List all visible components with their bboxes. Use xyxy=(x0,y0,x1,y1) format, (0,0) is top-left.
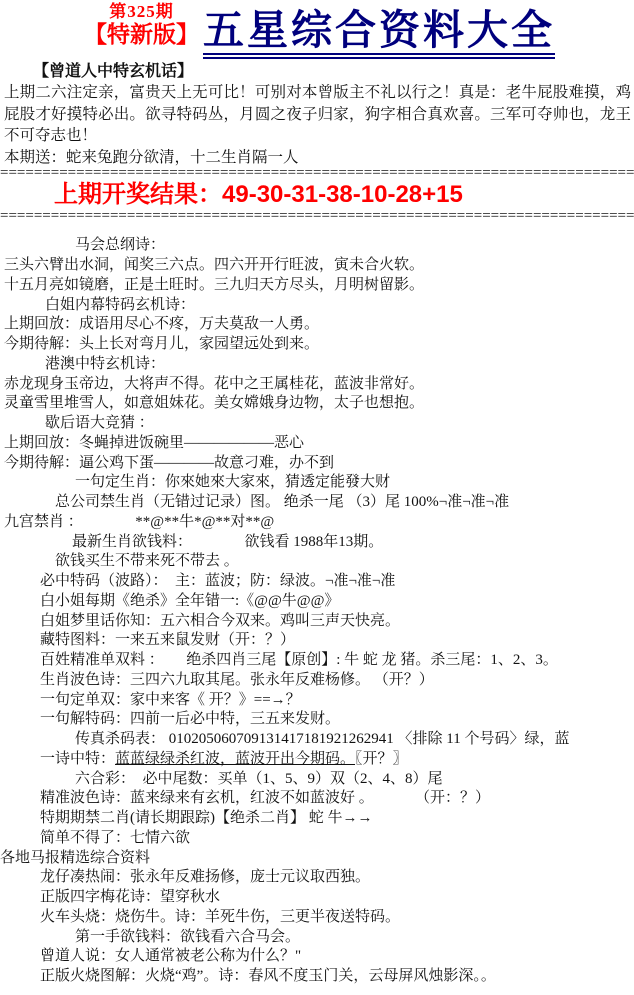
text-line: 白小姐每期《绝杀》全年错一:《@@牛@@》 xyxy=(0,592,634,612)
body-lines: 马会总纲诗：三头六臂出水洞，闻奖三六点。四六开开行旺波，寅未合火软。十五月亮如镜… xyxy=(0,222,634,987)
separator-line: ========================================… xyxy=(0,168,634,179)
issue-number: 第325期 xyxy=(84,2,199,21)
edition-badge: 【特新版】 xyxy=(84,21,199,48)
text-line: 各地马报精选综合资料 xyxy=(0,849,634,869)
text-line: 九宫禁肖 ： **@**牛*@**对**@ xyxy=(0,513,634,533)
text-line: 传真杀码表： 010205060709131417181921262941 〈排… xyxy=(0,730,634,750)
text-line: 今期待解：逼公鸡下蛋————故意刁难，办不到 xyxy=(0,454,634,474)
text-line: 十五月亮如镜磨，正是土旺时。三九归天方尽头，月明树留影。 xyxy=(0,276,634,296)
page: 第325期 【特新版】 五星综合资料大全 【曾道人中特玄机话】 上期二六注定亲，… xyxy=(0,0,634,995)
text-line: 港澳中特玄机诗： xyxy=(0,355,634,375)
text-line: 百姓精准单双料 ： 绝杀四肖三尾【原创】: 牛 蛇 龙 猪。杀三尾：1、2、3。 xyxy=(0,651,634,671)
text-line: 赤龙现身玉帝边，大将声不得。花中之王属桂花，蓝波非常好。 xyxy=(0,375,634,395)
text-line: 灵童雪里堆雪人，如意姐妹花。美女嫦娥身边物，太子也想抱。 xyxy=(0,394,634,414)
text-line: 生肖波色诗：三四六九取其尾。张永年反难杨修。 （开？） xyxy=(0,671,634,691)
text-line: 必中特码（波路）： 主：蓝波；防：绿波。¬准¬准¬准 xyxy=(0,572,634,592)
text-line: 简单不得了：七情六欲 xyxy=(0,829,634,849)
text-line: 三头六臂出水洞，闻奖三六点。四六开开行旺波，寅未合火软。 xyxy=(0,256,634,276)
text-line: 精准波色诗：蓝来绿来有玄机，红波不如蓝波好 。 （开：？） xyxy=(0,789,634,809)
text-line: 正版四字梅花诗：望穿秋水 xyxy=(0,888,634,908)
result-banner: 上期开奖结果：49-30-31-38-10-28+15 xyxy=(0,179,634,211)
text-line: 一句解特码：四前一后必中特，三五来发财。 xyxy=(0,710,634,730)
text-line: 欲钱买生不带来死不带去 。 xyxy=(0,552,634,572)
text-line: 火车头烧：烧伤牛。诗：羊死牛伤，三更半夜送特码。 xyxy=(0,908,634,928)
text-line: 今期待解：头上长对弯月儿，家园望远处到来。 xyxy=(0,335,634,355)
text-line: 最新生肖欲钱料： 欲钱看 1988年13期。 xyxy=(0,533,634,553)
result-numbers: 49-30-31-38-10-28+15 xyxy=(222,181,463,208)
edition-block: 第325期 【特新版】 xyxy=(84,2,199,48)
separator-line: ========================================… xyxy=(0,211,634,222)
text-line: 上期回放：冬蝇掉进饭碗里——————恶心 xyxy=(0,434,634,454)
text-line: 曾道人说：女人通常被老公称为什么？" xyxy=(0,947,634,967)
result-label: 上期开奖结果： xyxy=(54,182,222,208)
text-line: 藏特图料：一来五来鼠发财（开：？） xyxy=(0,631,634,651)
gift-line: 本期送：蛇来兔跑分欲清，十二生肖隔一人 xyxy=(0,147,634,169)
text-line: 一句定生肖：你來她來大家來，猜透定能發大财 xyxy=(0,473,634,493)
text-line: 六合彩： 必中尾数：买单（1、5、9）双（2、4、8）尾 xyxy=(0,770,634,790)
text-line: 上期回放：成语用尽心不疼，万夫莫敌一人勇。 xyxy=(0,315,634,335)
section-label: 【曾道人中特玄机话】 xyxy=(0,61,634,82)
text-line: 正版火烧图解：火烧“鸡”。诗：春风不度玉门关，云母屏风烛影深。。 xyxy=(0,967,634,987)
text-line: 马会总纲诗： xyxy=(0,236,634,256)
text-line: 第一手欲钱料：欲钱看六合马会。 xyxy=(0,928,634,948)
text-line: 白姐内幕特码玄机诗： xyxy=(0,296,634,316)
text-line: 龙仔凑热闹：张永年反难扬修，庞士元议取西独。 xyxy=(0,868,634,888)
title-wrap: 五星综合资料大全 xyxy=(203,8,555,59)
intro-paragraph: 上期二六注定亲，富贵天上无可比！可别对本曾版主不礼以行之！真是：老牛屁股难摸，鸡… xyxy=(0,82,634,147)
masthead: 第325期 【特新版】 五星综合资料大全 xyxy=(0,0,634,60)
text-line: 总公司禁生肖（无错过记录）图。 绝杀一尾 （3）尾 100%¬准¬准¬准 xyxy=(0,493,634,513)
text-line: 特期期禁二肖(请长期跟踪)【绝杀二肖】 蛇 牛→→ xyxy=(0,809,634,829)
text-line: 白姐梦里话你知：五六相合今双来。鸡叫三声天快亮。 xyxy=(0,612,634,632)
page-title: 五星综合资料大全 xyxy=(203,8,555,59)
text-line: 歇后语大竞猜 ： xyxy=(0,414,634,434)
text-line: 一句定单双：家中来客《 开？》==→？ xyxy=(0,691,634,711)
text-line: 一诗中特：蓝蓝绿绿杀红波，蓝波开出今期码。〖开？〗 xyxy=(0,750,634,770)
